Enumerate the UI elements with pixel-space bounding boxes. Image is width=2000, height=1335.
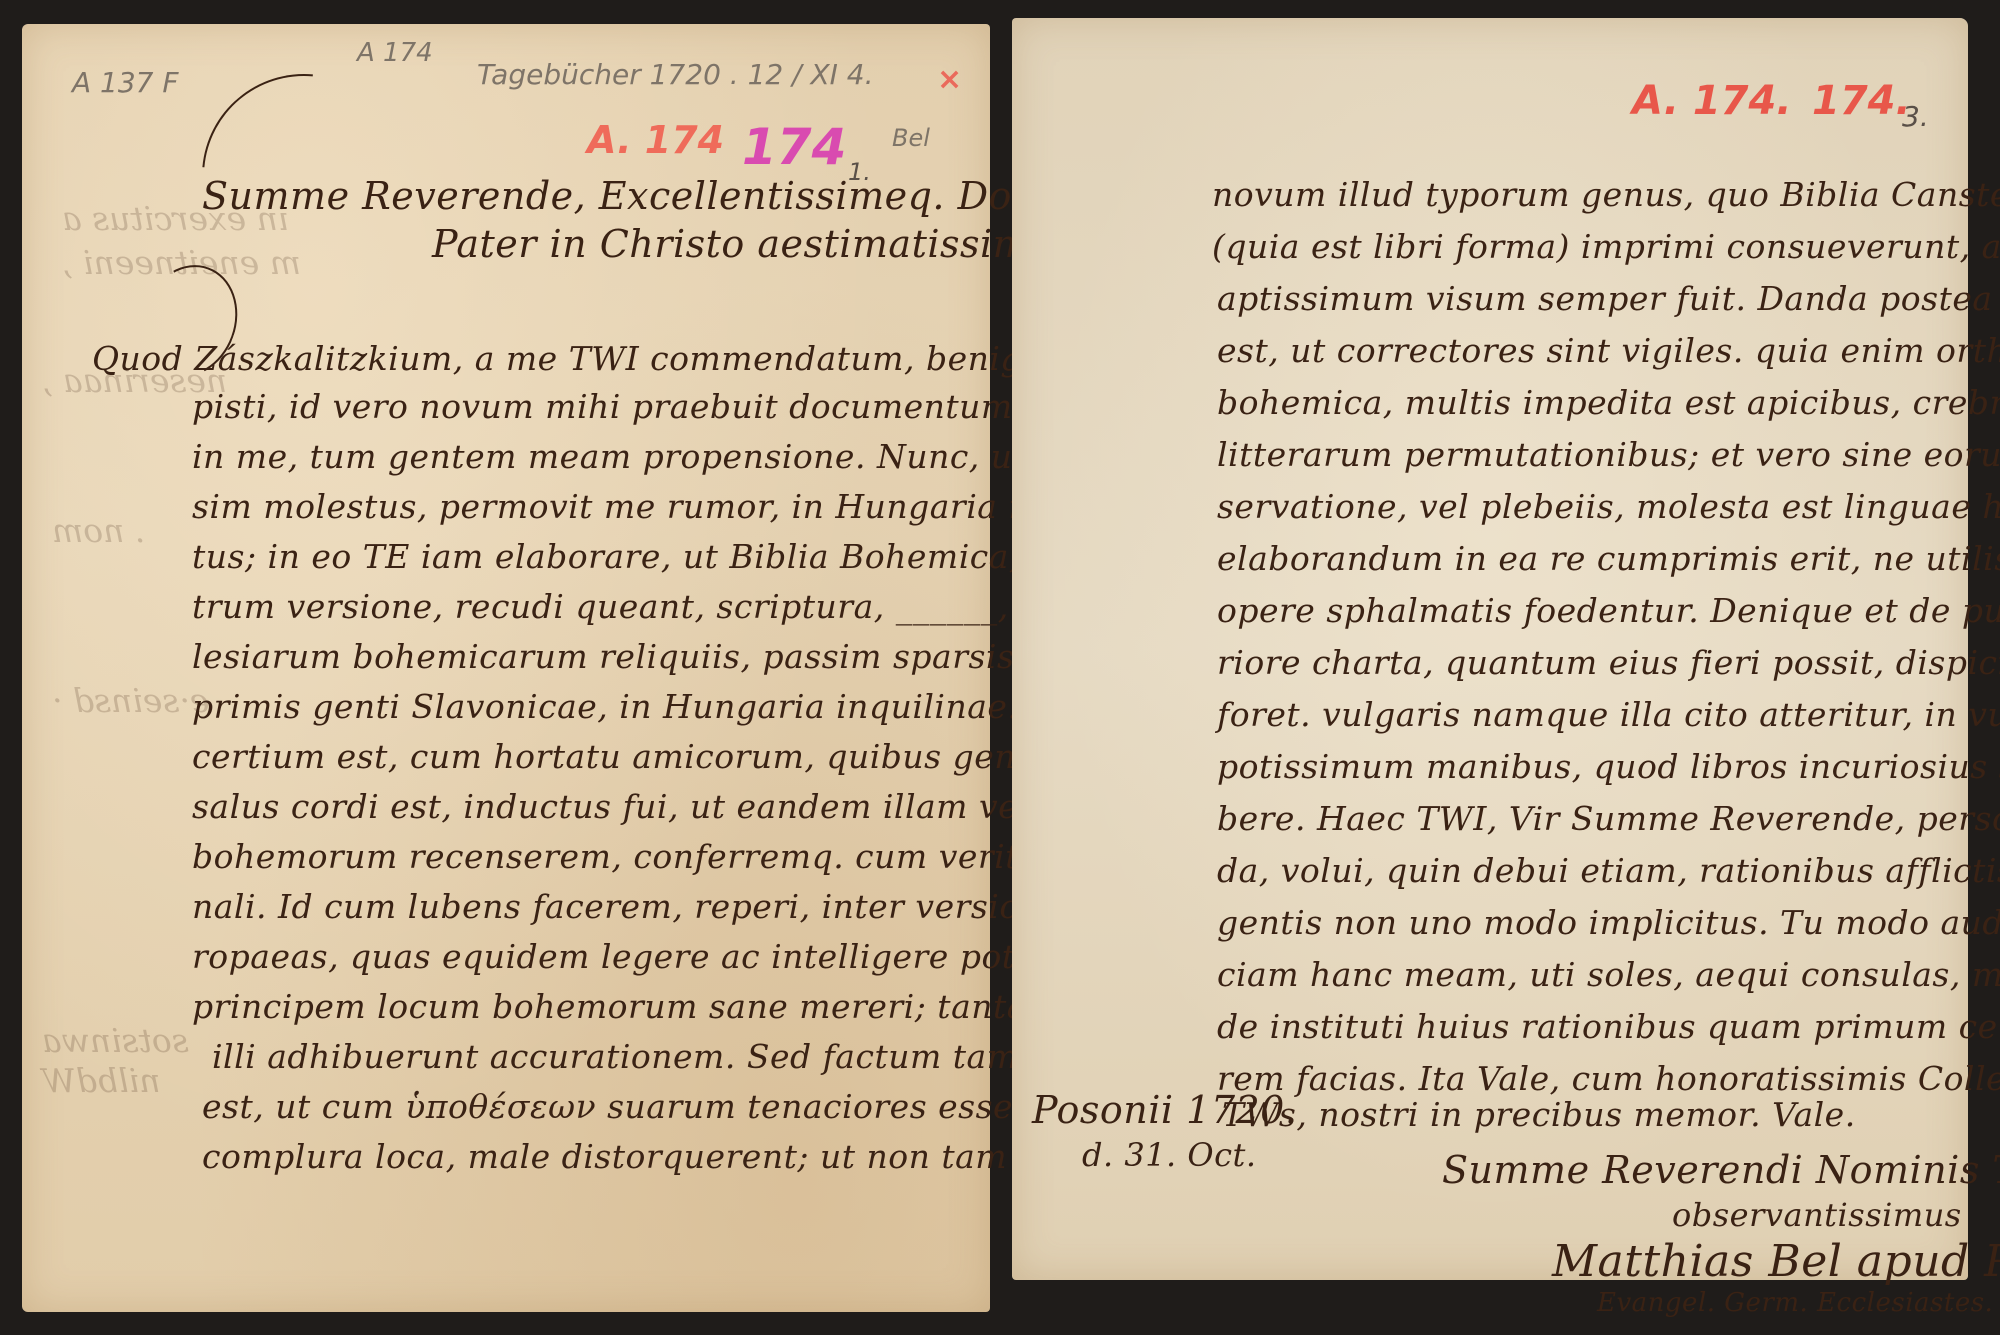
letter-page-right: A. 174. 174. 3. novum illud typorum genu…	[1012, 18, 1968, 1280]
signature-title: Evangel. Germ. Ecclesiastes.	[1597, 1288, 1993, 1318]
text-line: est, ut correctores sint vigiles. quia e…	[1217, 334, 2000, 367]
text-line: principem locum bohemorum sane mereri; t…	[192, 990, 1127, 1023]
text-line: primis genti Slavonicae, in Hungaria inq…	[192, 690, 1076, 723]
bleed-through-text: sotsinwa	[42, 1024, 189, 1057]
text-line: potissimum manibus, quod libros incurios…	[1217, 750, 2000, 783]
text-line: complura loca, male distorquerent; ut no…	[202, 1140, 1085, 1173]
salutation-line-1: Summe Reverende, Excellentissimeq. Domin…	[202, 174, 1122, 218]
archive-mark-red-x: ×	[937, 62, 962, 97]
text-line: gentis non uno modo implicitus. Tu modo …	[1217, 906, 2000, 939]
bleed-through-text: . nom	[52, 514, 145, 547]
text-line: bohemica, multis impedita est apicibus, …	[1217, 386, 2000, 419]
dateline-day: d. 31. Oct.	[1082, 1136, 1257, 1174]
text-line: riore charta, quantum eius fieri possit,…	[1217, 646, 2000, 679]
text-line: illi adhibuerunt accurationem. Sed factu…	[212, 1040, 1060, 1073]
text-line: (quia est libri forma) imprimi consuever…	[1212, 230, 2000, 263]
text-line: foret. vulgaris namque illa cito atterit…	[1217, 698, 2000, 731]
text-line: bere. Haec TWI, Vir Summe Reverende, per…	[1217, 802, 2000, 835]
text-line: Quod Zászkalitzkium, a me TWI commendatu…	[92, 342, 1165, 375]
dateline-place-year: Posonii 1720.	[1032, 1088, 1297, 1132]
folio-number: 3.	[1902, 100, 1929, 133]
closing-formula: Summe Reverendi Nominis TVI	[1442, 1148, 2000, 1192]
archive-mark-shelf: A 137 F	[72, 66, 179, 99]
closing-observantissimus: observantissimus	[1672, 1196, 1962, 1234]
text-line: rem facias. Ita Vale, cum honoratissimis…	[1217, 1062, 2000, 1095]
archive-mark-magenta-ref: 174	[742, 118, 846, 176]
text-line: ciam hanc meam, uti soles, aequi consula…	[1217, 958, 2000, 991]
archive-mark-note: Tagebücher 1720 . 12 / XI 4.	[477, 58, 874, 91]
text-line: de instituti huius rationibus quam primu…	[1217, 1010, 2000, 1043]
archive-mark-red-ref: A. 174	[587, 118, 724, 162]
text-line: litterarum permutationibus; et vero sine…	[1217, 438, 2000, 471]
text-line: tus; in eo TE iam elaborare, ut Biblia B…	[192, 540, 1153, 573]
text-line: aptissimum visum semper fuit. Danda post…	[1217, 282, 2000, 315]
archive-mark-red-num: 174.	[1812, 78, 1911, 124]
text-line: novum illud typorum genus, quo Biblia Ca…	[1212, 178, 2000, 211]
text-line: elaborandum in ea re cumprimis erit, ne …	[1217, 542, 2000, 575]
text-line: servatione, vel plebeiis, molesta est li…	[1217, 490, 2000, 523]
signature-name: Matthias Bel apud Posn.	[1552, 1236, 2000, 1287]
archive-mark-author: Bel	[892, 124, 930, 152]
bleed-through-text: nilbdW	[42, 1064, 161, 1097]
archive-mark-ref: A 174	[357, 38, 433, 68]
text-line: lesiarum bohemicarum reliquiis, passim s…	[192, 640, 1147, 673]
text-line: da, volui, quin debui etiam, rationibus …	[1217, 854, 2000, 887]
salutation-line-2: Pater in Christo aestimatissime!	[432, 222, 1068, 266]
text-line: est, ut cum ὑποθέσεων suarum tenaciores …	[202, 1090, 1060, 1123]
archive-mark-red-ref: A. 174.	[1632, 78, 1792, 124]
letter-page-left: in exercitus a m eneitneeni , neserinaa …	[22, 24, 990, 1312]
bleed-through-text: e·seinsd ·	[52, 684, 209, 717]
text-line: opere sphalmatis foedentur. Denique et d…	[1217, 594, 2000, 627]
text-line: nali. Id cum lubens facerem, reperi, int…	[192, 890, 1148, 923]
text-line: TWs, nostri in precibus memor. Vale.	[1222, 1098, 1856, 1131]
